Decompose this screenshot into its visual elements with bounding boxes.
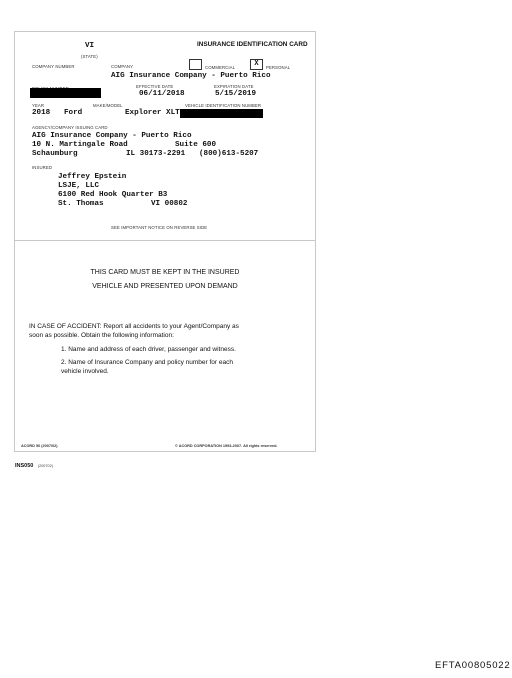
agency-state-zip: IL 30173-2291: [126, 150, 185, 158]
commercial-label: COMMERCIAL: [205, 65, 235, 70]
agency-suite: Suite 600: [175, 141, 216, 149]
effective-date: 06/11/2018: [139, 90, 185, 98]
reverse-side-notice: SEE IMPORTANT NOTICE ON REVERSE SIDE: [111, 225, 207, 230]
state-value: VI: [85, 42, 94, 50]
ins-date: (200702): [38, 464, 53, 468]
ins-code: INS050: [15, 463, 33, 469]
personal-checkbox: X: [250, 59, 263, 70]
agency-street: 10 N. Martingale Road: [32, 141, 128, 149]
ins-code-line: INS050 (200702): [15, 454, 53, 472]
state-label: (STATE): [81, 54, 98, 59]
reverse-heading-line2: VEHICLE AND PRESENTED UPON DEMAND: [14, 283, 316, 290]
insured-city: St. Thomas: [58, 200, 104, 208]
accident-item-2: 2. Name of Insurance Company and policy …: [61, 358, 233, 367]
insured-street: 6100 Red Hook Quarter B3: [58, 191, 167, 199]
document-id: EFTA00805022: [435, 660, 510, 671]
insured-state-zip: VI 00802: [151, 200, 187, 208]
reverse-heading-line1: THIS CARD MUST BE KEPT IN THE INSURED: [14, 269, 316, 276]
expiration-date: 5/15/2019: [215, 90, 256, 98]
accident-instructions-line2: soon as possible. Obtain the following i…: [29, 331, 174, 340]
card-fold-divider: [14, 240, 316, 241]
accident-item-1: 1. Name and address of each driver, pass…: [61, 345, 236, 354]
vin-label: VEHICLE IDENTIFICATION NUMBER: [185, 103, 261, 108]
card-title: INSURANCE IDENTIFICATION CARD: [197, 41, 308, 48]
insured-label: INSURED: [32, 165, 52, 170]
accident-instructions-line1: IN CASE OF ACCIDENT: Report all accident…: [29, 322, 239, 331]
form-code: ACORD 50 (2007/02): [21, 444, 58, 448]
vehicle-model: Explorer XLT: [125, 109, 180, 117]
agency-city: Schaumburg: [32, 150, 78, 158]
personal-label: PERSONAL: [266, 65, 290, 70]
company-name: AIG Insurance Company - Puerto Rico: [111, 72, 271, 80]
redacted-vin: [180, 109, 263, 118]
vehicle-make: Ford: [64, 109, 82, 117]
company-label: COMPANY: [111, 64, 133, 69]
agency-label: AGENCY/COMPANY ISSUING CARD: [32, 125, 108, 130]
insured-name: Jeffrey Epstein: [58, 173, 126, 181]
agency-phone: (800)613-5207: [199, 150, 258, 158]
make-model-label: MAKE/MODEL: [93, 103, 123, 108]
vehicle-year: 2018: [32, 109, 50, 117]
copyright: © ACORD CORPORATION 1993-2007. All right…: [175, 444, 277, 448]
expiration-date-label: EXPIRATION DATE: [214, 84, 254, 89]
insured-company: LSJE, LLC: [58, 182, 99, 190]
redacted-policy-number: [30, 88, 101, 98]
agency-name: AIG Insurance Company - Puerto Rico: [32, 132, 192, 140]
effective-date-label: EFFECTIVE DATE: [136, 84, 173, 89]
commercial-checkbox: [189, 59, 202, 70]
company-number-label: COMPANY NUMBER: [32, 64, 75, 69]
year-label: YEAR: [32, 103, 44, 108]
accident-item-2-cont: vehicle involved.: [61, 367, 109, 376]
